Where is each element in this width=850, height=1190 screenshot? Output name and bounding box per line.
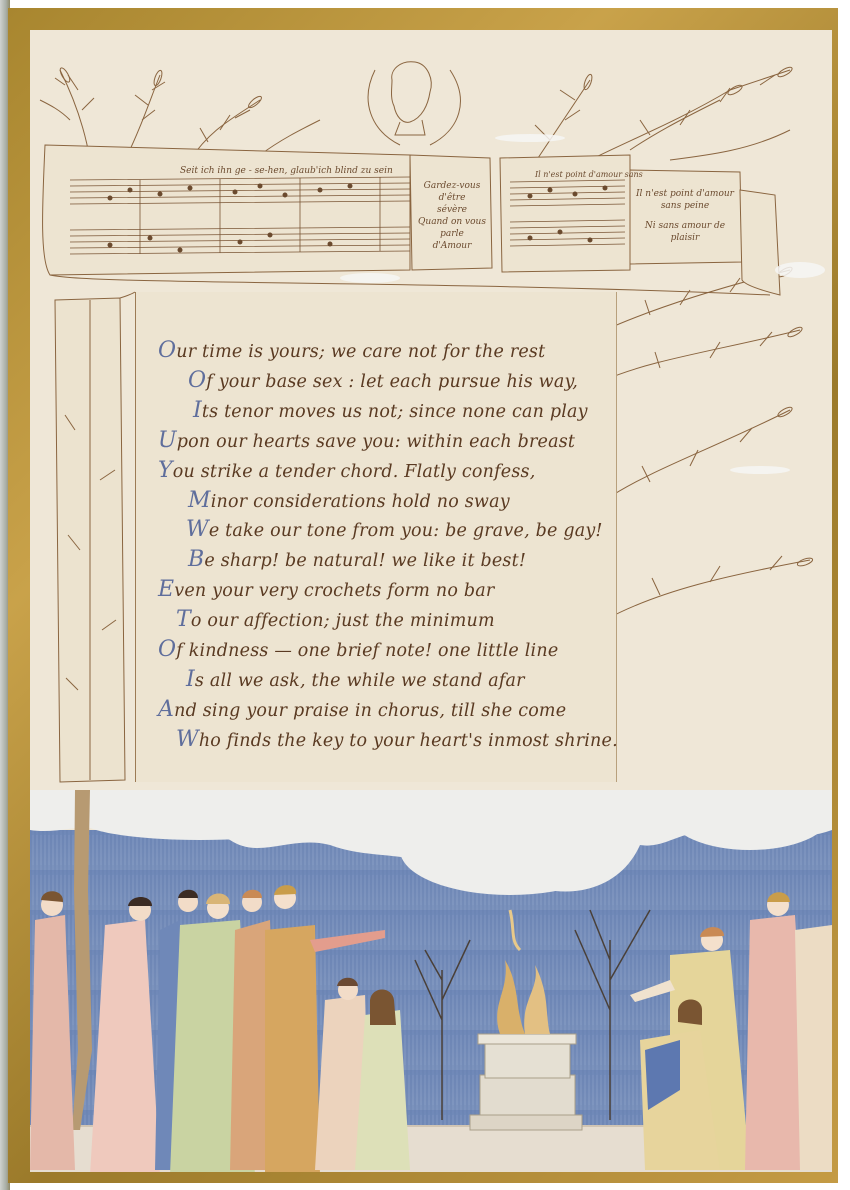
- song-card-left: Gardez-vous d'être sévère Quand on vous …: [412, 180, 492, 252]
- line-text: ts tenor moves us not; since none can pl…: [202, 402, 588, 422]
- song-card-right: Il n'est point d'amour sans peine Ni san…: [630, 188, 740, 244]
- line-text: f kindness — one brief note! one little …: [176, 641, 558, 661]
- poem-line: We take our tone from you: be grave, be …: [158, 516, 606, 546]
- poem-line: To our affection; just the minimum: [158, 606, 606, 636]
- card-line: Gardez-vous d'être: [412, 180, 492, 204]
- painted-scene: [30, 790, 832, 1172]
- poem-line: Upon our hearts save you: within each br…: [158, 427, 606, 457]
- poem-line: Of kindness — one brief note! one little…: [158, 636, 606, 666]
- illuminated-initial: O: [158, 637, 176, 662]
- score-lyric-left: Seit ich ihn ge - se-hen, glaub'ich blin…: [180, 166, 393, 176]
- poem-line: Who finds the key to your heart's inmost…: [158, 726, 606, 756]
- illuminated-initial: Y: [158, 458, 173, 483]
- illuminated-initial: I: [186, 667, 195, 692]
- line-text: pon our hearts save you: within each bre…: [177, 432, 575, 452]
- card-line: sans peine: [630, 200, 740, 212]
- illuminated-initial: B: [188, 547, 204, 572]
- illuminated-initial: I: [193, 398, 202, 423]
- illuminated-initial: U: [158, 428, 177, 453]
- illuminated-initial: T: [176, 607, 191, 632]
- manuscript-page: Seit ich ihn ge - se-hen, glaub'ich blin…: [30, 30, 832, 1172]
- poem-line: And sing your praise in chorus, till she…: [158, 696, 606, 726]
- line-text: ven your very crochets form no bar: [174, 581, 494, 601]
- line-text: nd sing your praise in chorus, till she …: [174, 701, 566, 721]
- illuminated-initial: W: [186, 517, 209, 542]
- illuminated-initial: O: [188, 368, 206, 393]
- poem-line: Its tenor moves us not; since none can p…: [158, 397, 606, 427]
- card-line: parle: [412, 228, 492, 240]
- line-text: f your base sex : let each pursue his wa…: [206, 372, 578, 392]
- poem-line: Is all we ask, the while we stand afar: [158, 666, 606, 696]
- poem-line: Be sharp! be natural! we like it best!: [158, 546, 606, 576]
- poem-scroll: Our time is yours; we care not for the r…: [135, 292, 617, 782]
- line-text: ou strike a tender chord. Flatly confess…: [173, 462, 536, 482]
- poem-line: Even your very crochets form no bar: [158, 576, 606, 606]
- card-line: Ni sans amour de: [630, 220, 740, 232]
- illuminated-initial: O: [158, 338, 176, 363]
- line-text: o our affection; just the minimum: [191, 611, 495, 631]
- line-text: s all we ask, the while we stand afar: [195, 671, 525, 691]
- card-line: Quand on vous: [412, 216, 492, 228]
- score-lyric-right: Il n'est point d'amour sans: [535, 170, 643, 179]
- poem-line: Our time is yours; we care not for the r…: [158, 337, 606, 367]
- line-text: e take our tone from you: be grave, be g…: [209, 521, 603, 541]
- illuminated-initial: E: [158, 577, 174, 602]
- gilt-frame: Seit ich ihn ge - se-hen, glaub'ich blin…: [8, 8, 838, 1183]
- illuminated-initial: M: [188, 488, 211, 513]
- line-text: e sharp! be natural! we like it best!: [204, 551, 526, 571]
- illuminated-initial: W: [176, 727, 199, 752]
- card-line: d'Amour: [412, 240, 492, 252]
- line-text: inor considerations hold no sway: [211, 492, 510, 512]
- poem-line: You strike a tender chord. Flatly confes…: [158, 457, 606, 487]
- poem-line: Of your base sex : let each pursue his w…: [158, 367, 606, 397]
- card-line: Il n'est point d'amour: [630, 188, 740, 200]
- card-line: plaisir: [630, 232, 740, 244]
- card-line: sévère: [412, 204, 492, 216]
- poem-line: Minor considerations hold no sway: [158, 487, 606, 517]
- illuminated-initial: A: [158, 697, 174, 722]
- line-text: ur time is yours; we care not for the re…: [176, 342, 545, 362]
- poem-text: Our time is yours; we care not for the r…: [158, 337, 606, 756]
- line-text: ho finds the key to your heart's inmost …: [199, 731, 618, 751]
